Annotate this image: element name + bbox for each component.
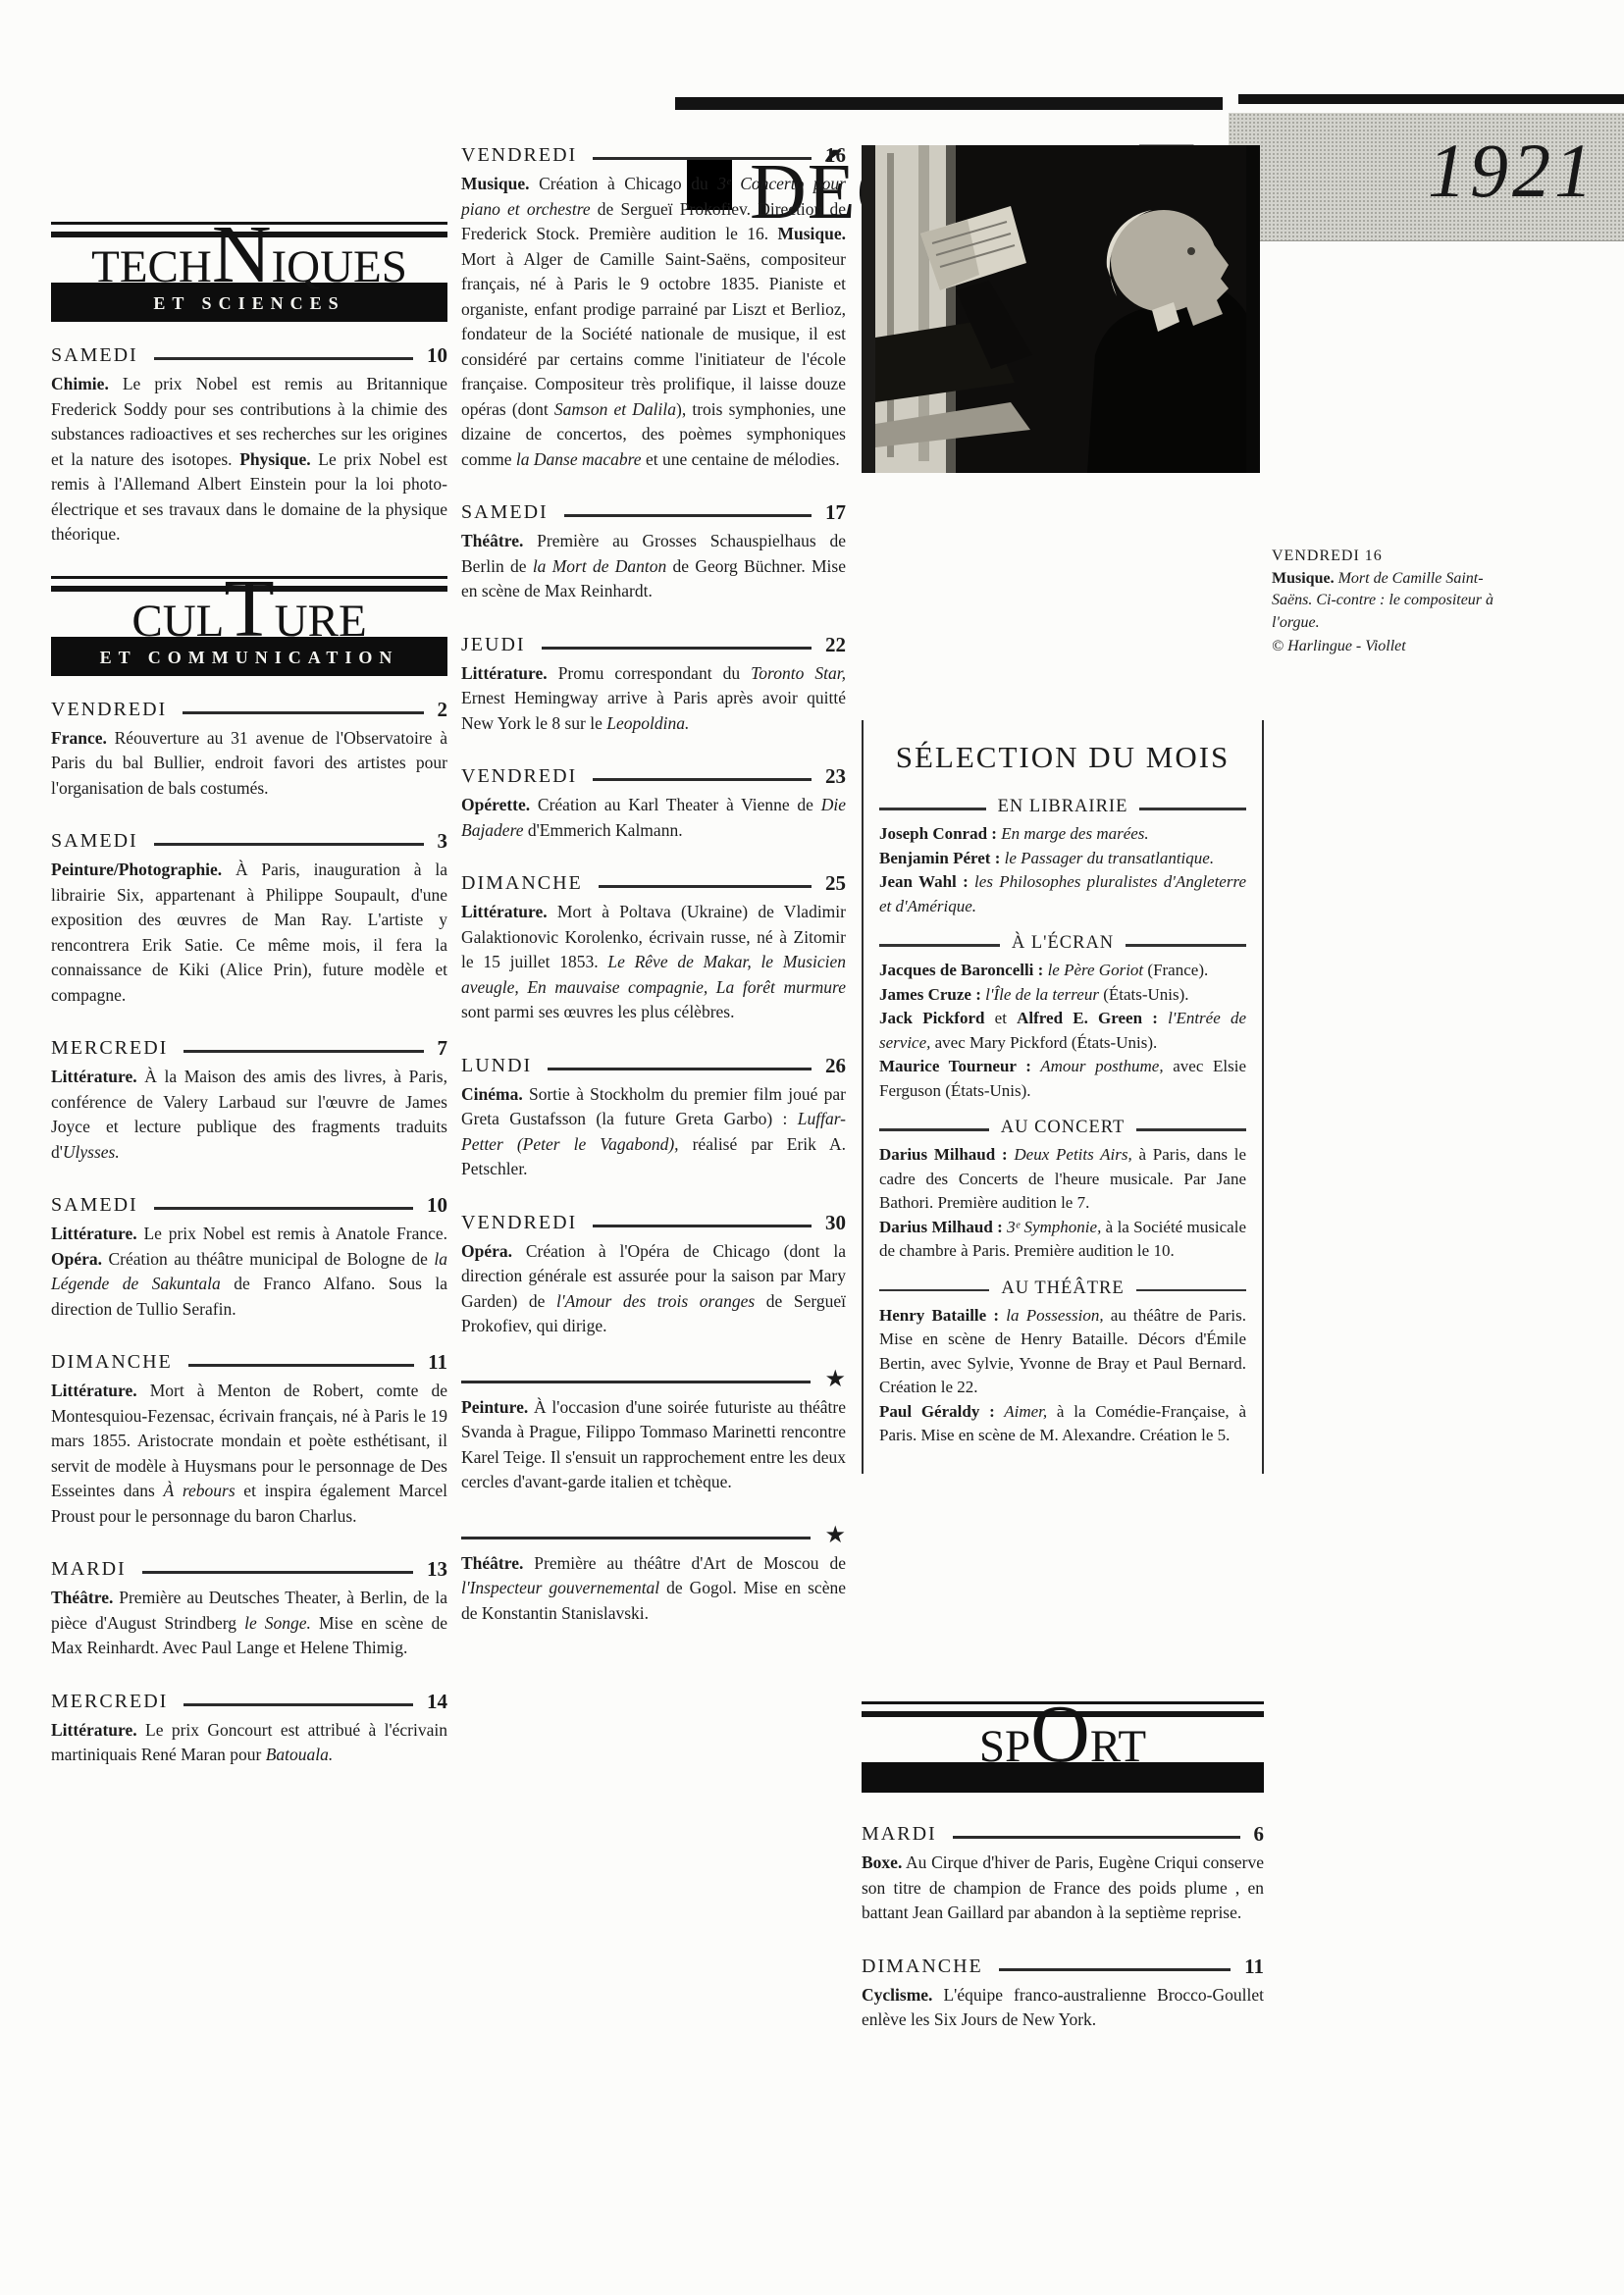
- selection-du-mois-box: SÉLECTION DU MOIS EN LIBRAIRIE Joseph Co…: [862, 720, 1264, 1474]
- event-entry: VENDREDI 16 Musique. Création à Chicago …: [461, 143, 846, 472]
- selection-group-header: AU CONCERT: [879, 1118, 1246, 1138]
- entry-date-number: 26: [825, 1054, 846, 1078]
- entry-body: Littérature. Le prix Goncourt est attrib…: [51, 1718, 447, 1768]
- group-rule: [1126, 944, 1246, 947]
- entry-date-number: 6: [1254, 1822, 1265, 1847]
- caption-text: Musique. Mort de Camille Saint-Saëns. Ci…: [1272, 568, 1513, 635]
- day-rule: [999, 1968, 1231, 1971]
- column-december-events: VENDREDI 16 Musique. Création à Chicago …: [461, 143, 846, 1654]
- photo-illustration: [862, 145, 1260, 473]
- sport-section: SPORT MARDI 6 Boxe. Au Cirque d'hiver de…: [862, 1701, 1264, 2061]
- sport-entries: MARDI 6 Boxe. Au Cirque d'hiver de Paris…: [862, 1822, 1264, 2033]
- entry-body: Littérature. Promu correspondant du Toro…: [461, 661, 846, 737]
- entry-date-number: 14: [427, 1690, 447, 1714]
- entry-body: Opéra. Création à l'Opéra de Chicago (do…: [461, 1239, 846, 1339]
- entry-body: Théâtre. Première au théâtre d'Art de Mo…: [461, 1551, 846, 1627]
- selection-group-header: AU THÉÂTRE: [879, 1278, 1246, 1299]
- selection-item: Jacques de Baroncelli : le Père Goriot (…: [879, 959, 1246, 983]
- entry-day-header: VENDREDI 23: [461, 764, 846, 789]
- entry-day-header: VENDREDI 16: [461, 143, 846, 168]
- star-icon: ★: [824, 1368, 846, 1391]
- entry-day-header: SAMEDI 17: [461, 500, 846, 525]
- entry-day: VENDREDI: [51, 699, 167, 721]
- entry-date-number: 30: [825, 1211, 846, 1235]
- day-rule: [154, 1207, 413, 1210]
- day-rule: [593, 1225, 812, 1227]
- entry-day-header: VENDREDI 2: [51, 698, 447, 722]
- selection-item: Darius Milhaud : 3ᵉ Symphonie, à la Soci…: [879, 1216, 1246, 1264]
- caption-day: VENDREDI 16: [1272, 546, 1513, 568]
- entry-body: France. Réouverture au 31 avenue de l'Ob…: [51, 726, 447, 802]
- entry-date-number: 25: [825, 871, 846, 896]
- group-rule: [879, 1289, 989, 1292]
- day-rule: [564, 514, 812, 517]
- entry-day: SAMEDI: [51, 1194, 138, 1217]
- year-label: 1921: [1229, 113, 1624, 209]
- day-rule: [183, 711, 423, 714]
- selection-item: Jack Pickford et Alfred E. Green : l'Ent…: [879, 1007, 1246, 1055]
- selection-item: Maurice Tourneur : Amour posthume, avec …: [879, 1055, 1246, 1103]
- undated-event-entry: ★ Peinture. À l'occasion d'une soirée fu…: [461, 1368, 846, 1495]
- entry-body: Littérature. Mort à Menton de Robert, co…: [51, 1379, 447, 1529]
- entry-day-header: MARDI 6: [862, 1822, 1264, 1847]
- masthead-top-bar-right: [1238, 94, 1624, 104]
- event-entry: SAMEDI 10 Littérature. Le prix Nobel est…: [51, 1193, 447, 1322]
- group-label: AU CONCERT: [989, 1118, 1137, 1138]
- entry-day: MARDI: [862, 1823, 937, 1846]
- entry-day: DIMANCHE: [862, 1956, 983, 1978]
- group-rule: [879, 808, 986, 810]
- entry-body: Peinture. À l'occasion d'une soirée futu…: [461, 1395, 846, 1495]
- day-rule: [183, 1050, 423, 1053]
- section-header-culture: CULTURE ET COMMUNICATION: [51, 576, 447, 676]
- entry-day-header: SAMEDI 10: [51, 343, 447, 368]
- column-techniques-culture: TECHNIQUES ET SCIENCES SAMEDI 10 Chimie.…: [51, 222, 447, 1797]
- event-entry: VENDREDI 2 France. Réouverture au 31 ave…: [51, 698, 447, 802]
- selection-item: Benjamin Péret : le Passager du transatl…: [879, 847, 1246, 871]
- event-entry: SAMEDI 3 Peinture/Photographie. À Paris,…: [51, 829, 447, 1008]
- entry-day: SAMEDI: [51, 830, 138, 853]
- entry-day: SAMEDI: [461, 501, 549, 524]
- masthead-top-bar: [675, 97, 1223, 110]
- event-entry: DIMANCHE 11 Littérature. Mort à Menton d…: [51, 1350, 447, 1529]
- event-entry: MERCREDI 7 Littérature. À la Maison des …: [51, 1036, 447, 1165]
- group-rule: [879, 944, 1000, 947]
- entry-day: MERCREDI: [51, 1691, 168, 1713]
- entry-day-header: LUNDI 26: [461, 1054, 846, 1078]
- entry-day: DIMANCHE: [51, 1351, 173, 1374]
- entry-day-header: DIMANCHE 11: [51, 1350, 447, 1375]
- entry-day: DIMANCHE: [461, 872, 583, 895]
- selection-title: SÉLECTION DU MOIS: [879, 740, 1246, 775]
- entry-day: VENDREDI: [461, 1212, 577, 1234]
- entry-date-number: 10: [427, 343, 447, 368]
- day-rule: [461, 1381, 811, 1383]
- group-label: À L'ÉCRAN: [1000, 933, 1126, 954]
- entry-day-header: DIMANCHE 11: [862, 1955, 1264, 1979]
- entry-body: Cyclisme. L'équipe franco-australienne B…: [862, 1983, 1264, 2033]
- day-rule: [542, 647, 812, 650]
- entry-date-number: 7: [438, 1036, 448, 1061]
- event-entry: SAMEDI 17 Théâtre. Première au Grosses S…: [461, 500, 846, 604]
- photo-credit: © Harlingue - Viollet: [1272, 636, 1513, 658]
- entry-date-number: 10: [427, 1193, 447, 1218]
- event-entry: SAMEDI 10 Chimie. Le prix Nobel est remi…: [51, 343, 447, 548]
- day-rule: [593, 157, 812, 160]
- group-rule: [1136, 1289, 1246, 1292]
- day-rule: [461, 1537, 811, 1539]
- day-rule: [599, 885, 812, 888]
- entry-body: Littérature. Mort à Poltava (Ukraine) de…: [461, 900, 846, 1025]
- day-rule: [593, 778, 812, 781]
- entry-day: MERCREDI: [51, 1037, 168, 1060]
- day-rule: [154, 843, 424, 846]
- entry-date-number: 16: [825, 143, 846, 168]
- event-entry: VENDREDI 23 Opérette. Création au Karl T…: [461, 764, 846, 843]
- selection-group-header: À L'ÉCRAN: [879, 933, 1246, 954]
- event-entry: DIMANCHE 25 Littérature. Mort à Poltava …: [461, 871, 846, 1025]
- entry-day-header: MERCREDI 14: [51, 1690, 447, 1714]
- entry-date-number: 13: [427, 1557, 447, 1582]
- group-rule: [879, 1128, 989, 1131]
- entry-date-number: 23: [825, 764, 846, 789]
- entry-star-header: ★: [461, 1524, 846, 1547]
- selection-item: Henry Bataille : la Possession, au théât…: [879, 1304, 1246, 1400]
- entry-body: Cinéma. Sortie à Stockholm du premier fi…: [461, 1082, 846, 1182]
- magazine-page: DÉCEMBRE 1921 TECHNIQUES ET SCIENCES SAM…: [0, 0, 1624, 2295]
- event-entry: JEUDI 22 Littérature. Promu correspondan…: [461, 633, 846, 737]
- event-entry: DIMANCHE 11 Cyclisme. L'équipe franco-au…: [862, 1955, 1264, 2033]
- selection-item: James Cruze : l'Île de la terreur (États…: [879, 983, 1246, 1008]
- entry-date-number: 3: [438, 829, 448, 854]
- entry-body: Chimie. Le prix Nobel est remis au Brita…: [51, 372, 447, 548]
- selection-item: Joseph Conrad : En marge des marées.: [879, 822, 1246, 847]
- day-rule: [188, 1364, 414, 1367]
- photo-caption: VENDREDI 16 Musique. Mort de Camille Sai…: [1272, 546, 1513, 658]
- entry-date-number: 11: [1244, 1955, 1264, 1979]
- star-icon: ★: [824, 1524, 846, 1547]
- undated-event-entry: ★ Théâtre. Première au théâtre d'Art de …: [461, 1524, 846, 1627]
- section-subtitle-band: ET COMMUNICATION: [51, 637, 447, 676]
- day-rule: [183, 1703, 413, 1706]
- event-entry: LUNDI 26 Cinéma. Sortie à Stockholm du p…: [461, 1054, 846, 1182]
- event-entry: MERCREDI 14 Littérature. Le prix Goncour…: [51, 1690, 447, 1768]
- day-rule: [548, 1068, 812, 1070]
- selection-item: Jean Wahl : les Philosophes pluralistes …: [879, 870, 1246, 918]
- entry-day: JEUDI: [461, 634, 526, 656]
- group-rule: [1136, 1128, 1246, 1131]
- entry-day: MARDI: [51, 1558, 127, 1581]
- entry-date-number: 2: [438, 698, 448, 722]
- entry-date-number: 11: [428, 1350, 447, 1375]
- entry-day-header: DIMANCHE 25: [461, 871, 846, 896]
- entry-body: Littérature. À la Maison des amis des li…: [51, 1065, 447, 1165]
- selection-item: Darius Milhaud : Deux Petits Airs, à Par…: [879, 1143, 1246, 1216]
- entry-day-header: SAMEDI 10: [51, 1193, 447, 1218]
- group-label: EN LIBRAIRIE: [986, 797, 1140, 817]
- entry-day-header: MERCREDI 7: [51, 1036, 447, 1061]
- entry-date-number: 22: [825, 633, 846, 657]
- entry-body: Musique. Création à Chicago du 3ᵉ Concer…: [461, 172, 846, 472]
- entry-day: LUNDI: [461, 1055, 532, 1077]
- entry-day-header: VENDREDI 30: [461, 1211, 846, 1235]
- section-header-techniques: TECHNIQUES ET SCIENCES: [51, 222, 447, 322]
- event-entry: VENDREDI 30 Opéra. Création à l'Opéra de…: [461, 1211, 846, 1339]
- saint-saens-organ-photo: [862, 145, 1260, 473]
- year-box: 1921: [1229, 113, 1624, 241]
- group-label: AU THÉÂTRE: [989, 1278, 1135, 1299]
- entry-date-number: 17: [825, 500, 846, 525]
- entry-body: Théâtre. Première au Grosses Schauspielh…: [461, 529, 846, 604]
- selection-group-header: EN LIBRAIRIE: [879, 797, 1246, 817]
- selection-item: Paul Géraldy : Aimer, à la Comédie-Franç…: [879, 1400, 1246, 1448]
- entry-body: Opérette. Création au Karl Theater à Vie…: [461, 793, 846, 843]
- entry-body: Littérature. Le prix Nobel est remis à A…: [51, 1222, 447, 1322]
- entry-body: Boxe. Au Cirque d'hiver de Paris, Eugène…: [862, 1851, 1264, 1926]
- entry-day: VENDREDI: [461, 765, 577, 788]
- section-header-sport: SPORT: [862, 1701, 1264, 1793]
- entry-day: SAMEDI: [51, 344, 138, 367]
- event-entry: MARDI 6 Boxe. Au Cirque d'hiver de Paris…: [862, 1822, 1264, 1926]
- entry-day-header: MARDI 13: [51, 1557, 447, 1582]
- entry-day: VENDREDI: [461, 144, 577, 167]
- group-rule: [1139, 808, 1246, 810]
- day-rule: [142, 1571, 413, 1574]
- entry-day-header: SAMEDI 3: [51, 829, 447, 854]
- entry-body: Peinture/Photographie. À Paris, inaugura…: [51, 858, 447, 1008]
- entry-star-header: ★: [461, 1368, 846, 1391]
- day-rule: [953, 1836, 1240, 1839]
- entry-body: Théâtre. Première au Deutsches Theater, …: [51, 1586, 447, 1661]
- entry-day-header: JEUDI 22: [461, 633, 846, 657]
- event-entry: MARDI 13 Théâtre. Première au Deutsches …: [51, 1557, 447, 1661]
- day-rule: [154, 357, 413, 360]
